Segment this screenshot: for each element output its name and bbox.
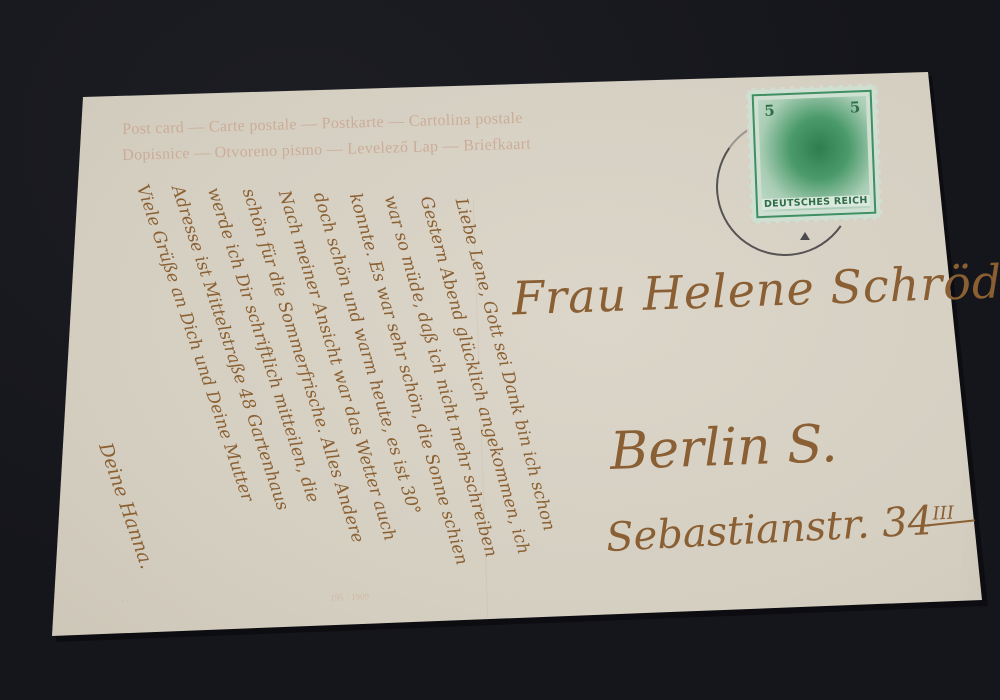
stamp-value-right: 5 <box>849 98 860 116</box>
postmark-mark-icon <box>800 232 810 240</box>
stamp-value-left: 5 <box>764 101 775 119</box>
printed-footer-right: 195 · 1909 <box>330 591 369 602</box>
printed-footer-left: · · · · · · <box>100 595 130 606</box>
recipient-city: Berlin S. <box>609 414 838 482</box>
postage-stamp: 5 5 DEUTSCHES REICH <box>745 84 882 225</box>
